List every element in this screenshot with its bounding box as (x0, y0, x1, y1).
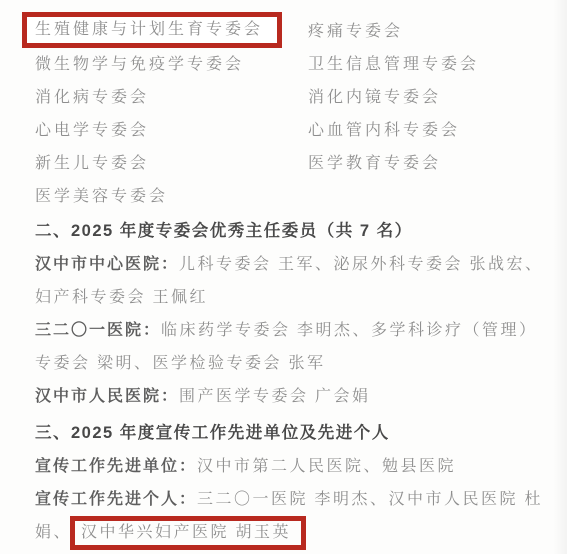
publicity-entry: 宣传工作先进单位：汉中市第二人民医院、勉县医院 (35, 450, 549, 483)
committee-item: 微生物学与免疫学专委会 (35, 46, 308, 79)
award-entry: 汉中市人民医院：围产医学专委会 广会娟 (35, 380, 549, 413)
award-entry: 汉中市中心医院：儿科专委会 王军、泌尿外科专委会 张战宏、妇产科专委会 王佩红 (35, 248, 549, 314)
committee-item: 生殖健康与计划生育专委会 (35, 13, 308, 46)
section-awards-heading: 二、2025 年度专委会优秀主任委员（共 7 名） (35, 215, 549, 248)
hospital-label: 汉中市人民医院： (35, 388, 179, 405)
committee-item: 医学美容专委会 (35, 178, 308, 211)
committee-item: 心电学专委会 (35, 112, 308, 145)
committee-item: 新生儿专委会 (35, 145, 308, 178)
committee-list: 生殖健康与计划生育专委会 微生物学与免疫学专委会 消化病专委会 心电学专委会 新… (35, 13, 549, 211)
committee-item: 医学教育专委会 (308, 145, 549, 178)
committee-column-left: 生殖健康与计划生育专委会 微生物学与免疫学专委会 消化病专委会 心电学专委会 新… (35, 13, 308, 211)
hospital-label: 汉中市中心医院： (35, 256, 179, 273)
publicity-text: 汉中市第二人民医院、勉县医院 (197, 458, 456, 475)
award-entry: 三二〇一医院：临床药学专委会 李明杰、多学科诊疗（管理）专委会 梁明、医学检验专… (35, 314, 549, 380)
award-text: 围产医学专委会 广会娟 (179, 388, 371, 405)
document-page: 生殖健康与计划生育专委会 微生物学与免疫学专委会 消化病专委会 心电学专委会 新… (0, 0, 567, 554)
category-label: 宣传工作先进单位： (35, 458, 197, 475)
section-publicity-heading: 三、2025 年度宣传工作先进单位及先进个人 (35, 417, 549, 450)
highlighted-awardee: 汉中华兴妇产医院 胡玉英 (81, 524, 291, 541)
committee-item-label: 生殖健康与计划生育专委会 (35, 21, 263, 38)
highlight-box-top: 生殖健康与计划生育专委会 (22, 12, 282, 48)
committee-item: 消化内镜专委会 (308, 79, 549, 112)
committee-item: 消化病专委会 (35, 79, 308, 112)
highlight-box-bottom: 汉中华兴妇产医院 胡玉英 (70, 516, 306, 550)
committee-item: 心血管内科专委会 (308, 112, 549, 145)
committee-column-right: 疼痛专委会 卫生信息管理专委会 消化内镜专委会 心血管内科专委会 医学教育专委会 (308, 13, 549, 211)
category-label: 宣传工作先进个人： (35, 491, 197, 508)
committee-item: 卫生信息管理专委会 (308, 46, 549, 79)
hospital-label: 三二〇一医院： (35, 322, 161, 339)
publicity-entry: 宣传工作先进个人：三二〇一医院 李明杰、汉中市人民医院 杜娟、汉中华兴妇产医院 … (35, 483, 549, 550)
committee-item: 疼痛专委会 (308, 13, 549, 46)
